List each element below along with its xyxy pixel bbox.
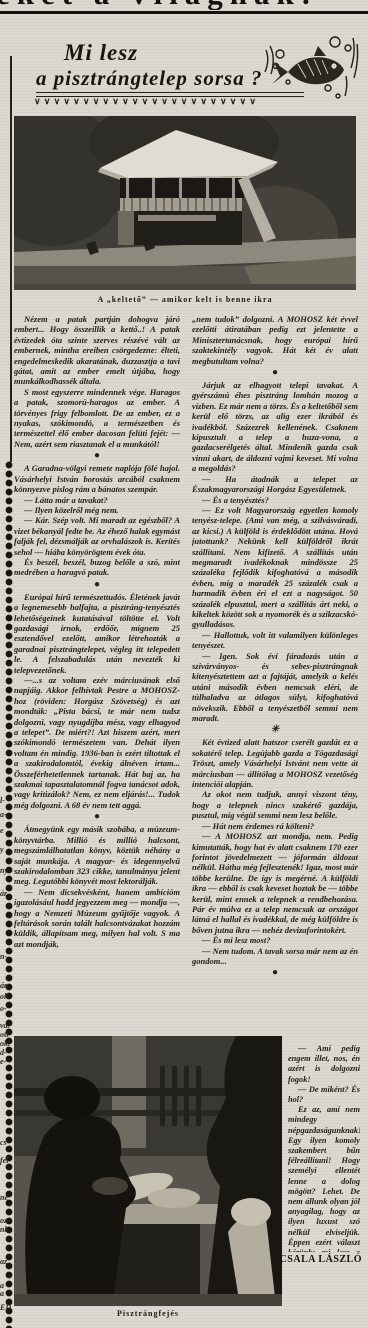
paragraph: — Ami pedig engem illet, nos, én azért i…: [288, 1044, 360, 1085]
paragraph: Nézem a patak partján dohogva járó ember…: [14, 314, 180, 387]
newspaper-page: ékét a világnak! l-a-eynyárn-ánolto-va.o…: [0, 0, 368, 1328]
paragraph: S most egyszerre mindennek vége. Haragos…: [14, 387, 180, 449]
edge-text-fragment: az: [0, 1257, 7, 1266]
edge-text-fragment: ok.: [0, 1039, 10, 1048]
edge-text-fragment: fel: [0, 1156, 8, 1165]
section-separator: ●: [14, 450, 180, 462]
paragraph: — Igen. Sok évi fáradozás után a szivárv…: [192, 651, 358, 724]
edge-text-fragment: va.: [0, 1021, 10, 1030]
edge-text-fragment: ne: [0, 1193, 8, 1202]
edge-text-fragment: olt: [0, 992, 8, 1001]
edge-text-fragment: oz-: [0, 1216, 10, 1225]
paragraph: Járjuk az elhagyott telepi tavakat. A gy…: [192, 380, 358, 474]
edge-text-fragment: n-: [0, 952, 7, 961]
edge-text-fragment: ár: [0, 889, 7, 898]
paragraph: — Látta már a tavakat?: [14, 495, 180, 505]
paragraph: „nem tudok” dolgozni. A MOHOSZ két évvel…: [192, 314, 358, 366]
paragraph: — Ilyen közelről még nem.: [14, 505, 180, 515]
column-left: Nézem a patak partján dohogva járó ember…: [14, 314, 180, 1032]
masthead-headline-text: ékét a világnak!: [0, 0, 318, 10]
paragraph: — Nem dicsekvésként, hanem ambícióm igaz…: [14, 887, 180, 949]
paragraph: Két évtized alatt hatszor cserélt gazdát…: [192, 737, 358, 789]
author-byline: CSALA LÁSZLÓ: [252, 1254, 362, 1265]
section-separator: ●: [192, 967, 358, 979]
paragraph: — És mi lesz most?: [192, 935, 358, 945]
paragraph: —...s az voltam ezév márciusának első na…: [14, 675, 180, 810]
paragraph: Az okot nem tudjuk, annyi viszont tény, …: [192, 789, 358, 820]
paragraph: És beszél, beszél, buzog belőle a szó, m…: [14, 557, 180, 578]
paragraph: — Hát nem érdemes rá költeni?: [192, 821, 358, 831]
edge-text-fragment: y: [0, 845, 4, 854]
article-title-line1: Mi lesz: [64, 40, 138, 66]
edge-text-fragment: e: [0, 826, 4, 835]
section-separator: ✳: [192, 724, 358, 736]
edge-text-fragment: án: [0, 981, 8, 990]
masthead-headline-partial: ékét a világnak!: [0, 0, 368, 10]
fish-illustration-icon: [258, 32, 360, 112]
edge-text-fragment: ED: [0, 1303, 11, 1312]
paragraph: — És a tenyésztés?: [192, 495, 358, 505]
edge-text-fragment: ott: [0, 1030, 8, 1039]
paragraph: Ez az, ami nem mindegy népgazdaságunknak…: [288, 1105, 360, 1252]
section-separator: ●: [14, 811, 180, 823]
masthead-rule: [0, 11, 368, 14]
section-separator: ●: [192, 367, 358, 379]
paragraph: — Nem tudom. A tavak sorsa már nem az én…: [192, 946, 358, 967]
edge-text-fragment: ny: [0, 866, 8, 875]
paragraph: — De miként? És hol?: [288, 1085, 360, 1105]
column-bottom-right: — Ami pedig engem illet, nos, én azért i…: [288, 1044, 360, 1252]
column-right: „nem tudok” dolgozni. A MOHOSZ két évvel…: [192, 314, 358, 1032]
paragraph: — A MOHOSZ azt mondja, nem. Pedig kimuta…: [192, 831, 358, 935]
edge-text-fragment: o-: [0, 1004, 7, 1013]
paragraph: Európai hírű természettudós. Életének ja…: [14, 592, 180, 675]
hatchery-photo: [14, 116, 356, 290]
edge-text-fragment: d-: [0, 1048, 7, 1057]
paragraph: — Kár. Szép volt. Mi maradt az egészből?…: [14, 515, 180, 557]
section-separator: ●: [14, 579, 180, 591]
edge-text-fragment: l-: [0, 796, 5, 805]
paragraph: Átmegyünk egy másik szobába, a múzeum-kö…: [14, 824, 180, 886]
article-title-line2: a pisztrángtelep sorsa ?: [36, 66, 262, 91]
adjacent-column-fragments: l-a-eynyárn-ánolto-va.ottok.d-e-csfelneo…: [0, 0, 12, 1328]
edge-text-fragment: nk: [0, 1225, 8, 1234]
paragraph: — Ez volt Magyarország egyetlen komoly t…: [192, 505, 358, 630]
paragraph: A Garadna-völgyi remete naplója fölé haj…: [14, 463, 180, 494]
edge-text-fragment: e-: [0, 1057, 6, 1066]
trout-stripping-photo: [14, 1036, 282, 1306]
paragraph: — Ha átadnák a telepet az Északmagyarors…: [192, 474, 358, 495]
edge-text-fragment: cs: [0, 1138, 7, 1147]
photo-caption-stripping: Pisztrángfejés: [14, 1309, 282, 1318]
edge-text-fragment: a-: [0, 810, 7, 819]
paragraph: — Hallottuk, volt itt valamilyen különle…: [192, 630, 358, 651]
edge-text-fragment: a: [0, 1289, 4, 1298]
photo-caption-hatchery: A „keltető” — amikor kelt is benne ikra: [14, 295, 356, 304]
